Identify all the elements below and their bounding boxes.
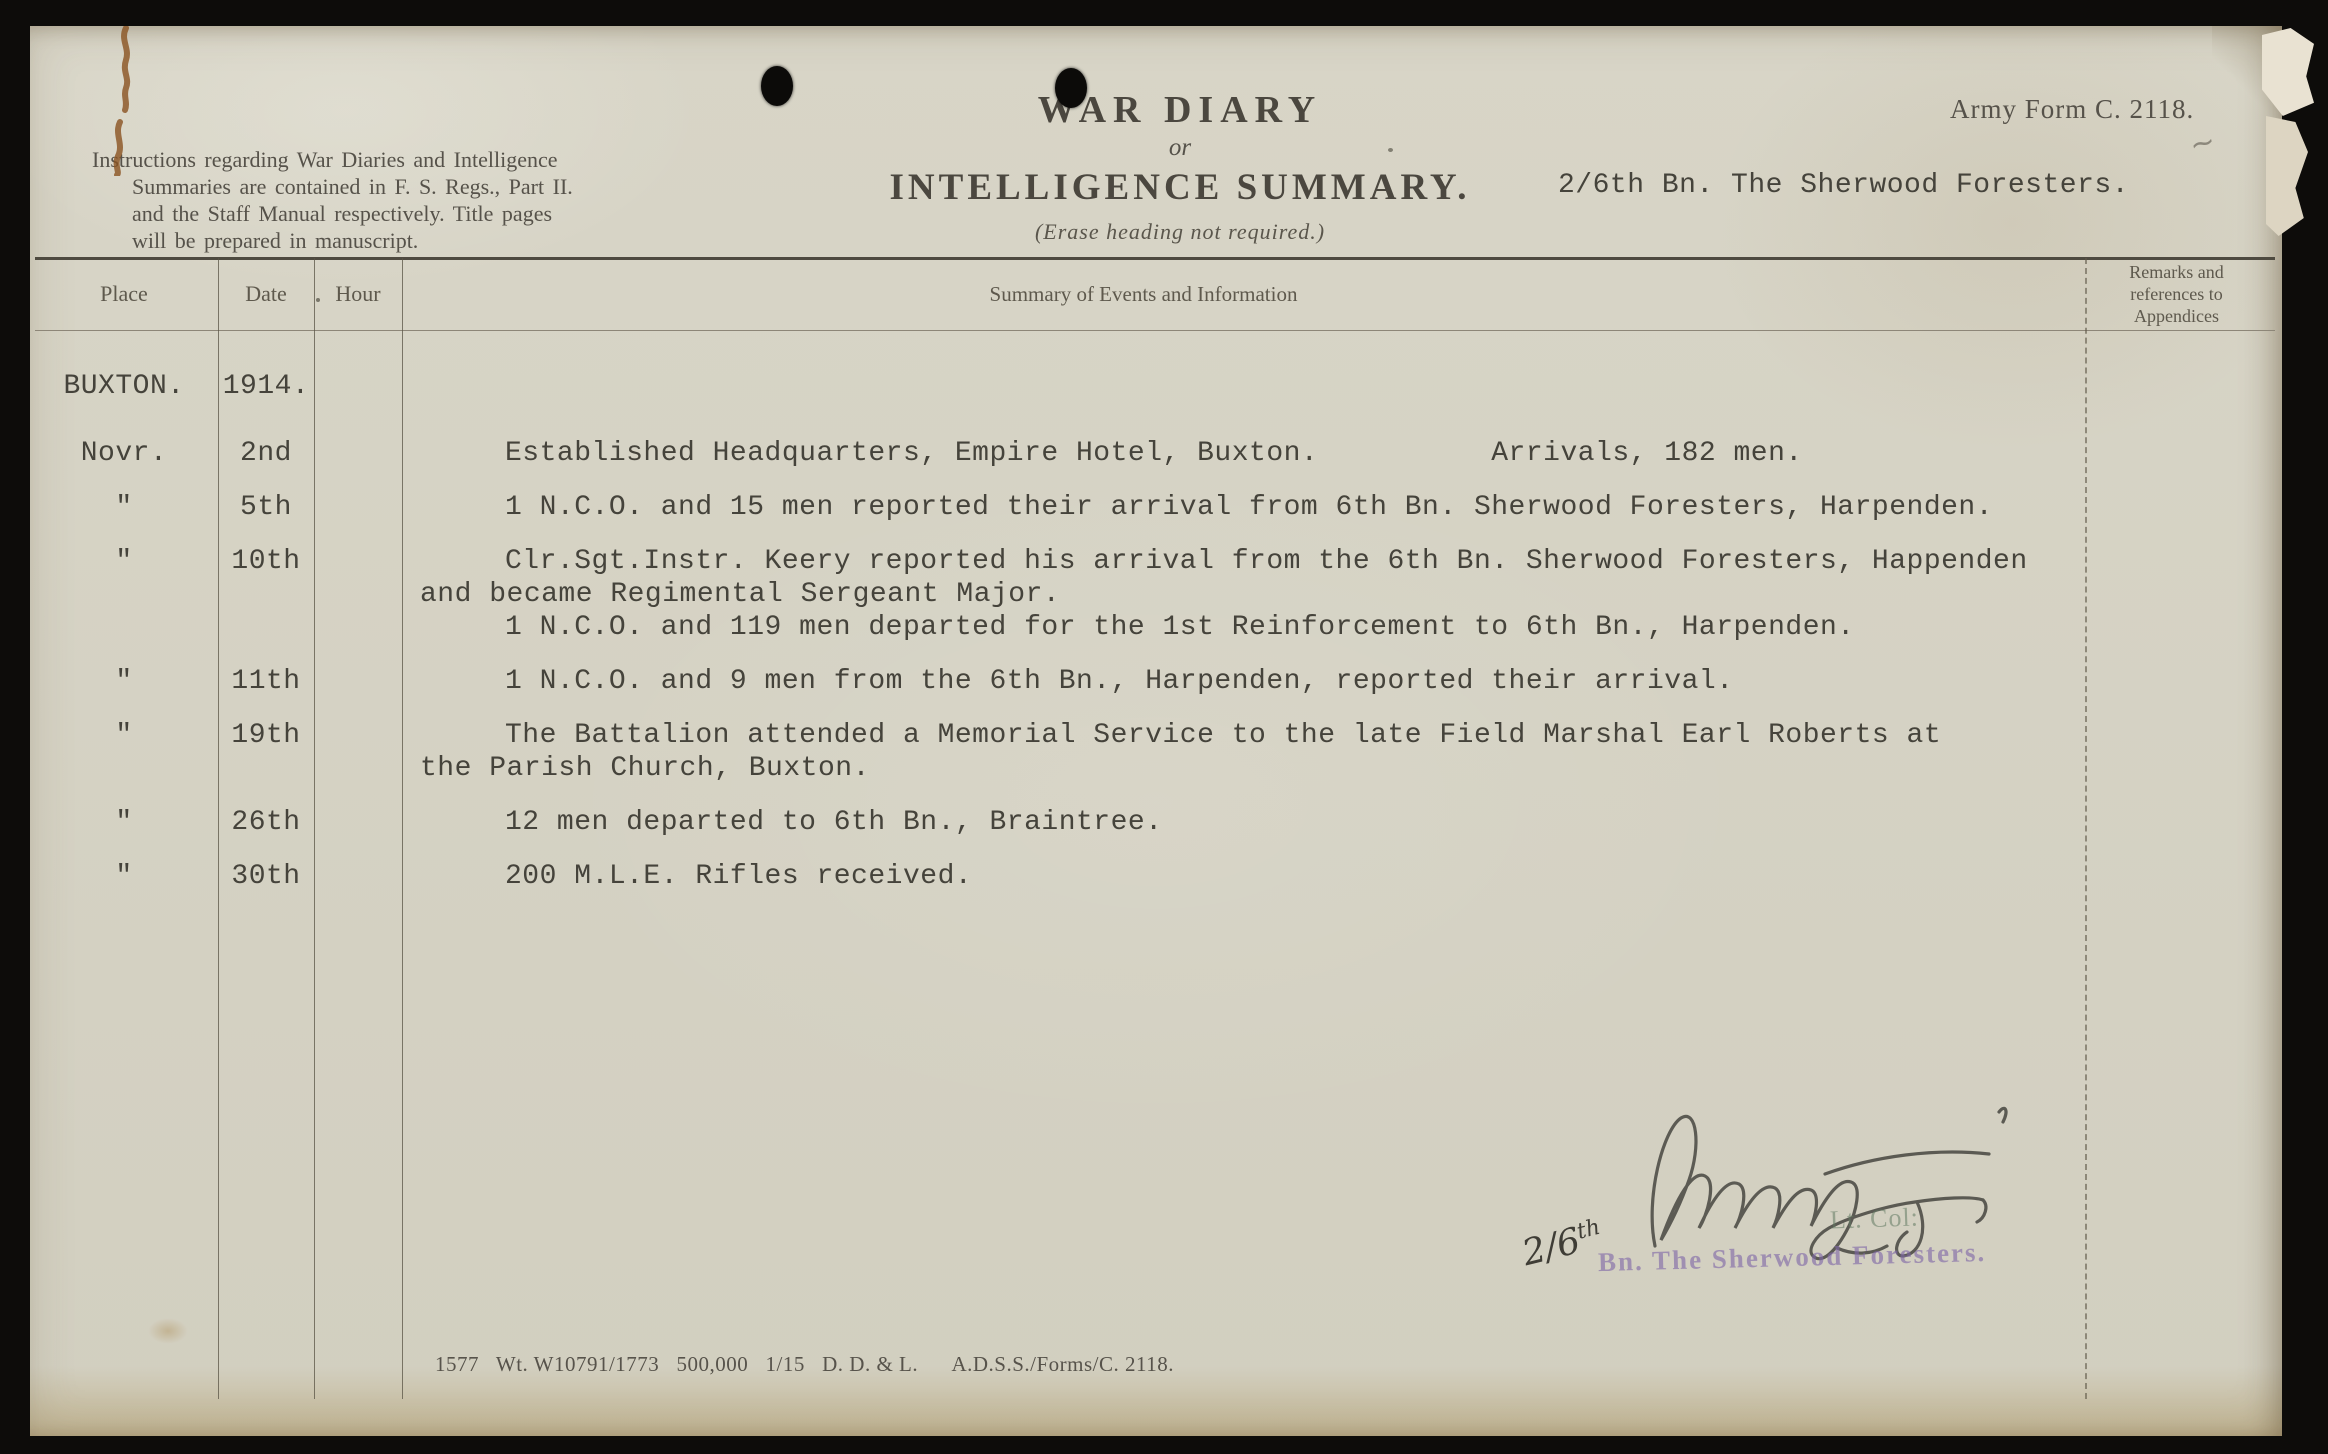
- handwritten-prefix-main: 2/6: [1518, 1220, 1584, 1274]
- diary-row: Novr.2ndEstablished Headquarters, Empire…: [30, 437, 2268, 470]
- summary-line: The Battalion attended a Memorial Servic…: [420, 719, 2085, 752]
- remarks-cell: [2085, 719, 2268, 785]
- form-title-block: WAR DIARY or INTELLIGENCE SUMMARY. (Eras…: [870, 88, 1490, 245]
- printers-imprint: 1577 Wt. W10791/1773 500,000 1/15 D. D. …: [435, 1352, 1174, 1377]
- diary-row: "19thThe Battalion attended a Memorial S…: [30, 719, 2268, 785]
- ink-stain: [90, 26, 150, 176]
- summary-line: Established Headquarters, Empire Hotel, …: [420, 437, 2085, 470]
- summary-line: 1 N.C.O. and 9 men from the 6th Bn., Har…: [420, 665, 2085, 698]
- remarks-cell: [2085, 491, 2268, 524]
- diary-row: "30th200 M.L.E. Rifles received.: [30, 860, 2268, 893]
- date-cell: 1914.: [218, 370, 314, 403]
- summary-cell: 12 men departed to 6th Bn., Braintree.: [402, 806, 2085, 839]
- hour-cell: [314, 545, 402, 644]
- place-cell: ": [30, 545, 218, 644]
- header-place: Place: [30, 258, 218, 330]
- diary-row: "26th12 men departed to 6th Bn., Braintr…: [30, 806, 2268, 839]
- summary-cell: 1 N.C.O. and 15 men reported their arriv…: [402, 491, 2085, 524]
- summary-cell: [402, 370, 2085, 403]
- place-cell: ": [30, 719, 218, 785]
- rank-stamp: Lt. Col:: [1830, 1202, 1920, 1235]
- paper-stain: [148, 1318, 188, 1344]
- form-title-war-diary: WAR DIARY: [870, 88, 1490, 132]
- pencil-mark: ∼: [2186, 123, 2219, 163]
- summary-line: 1 N.C.O. and 119 men departed for the 1s…: [420, 611, 2085, 644]
- form-title-intelligence-summary: INTELLIGENCE SUMMARY.: [870, 166, 1490, 209]
- summary-line: 12 men departed to 6th Bn., Braintree.: [420, 806, 2085, 839]
- place-cell: BUXTON.: [30, 370, 218, 403]
- hour-cell: [314, 806, 402, 839]
- diary-rows: BUXTON.1914.Novr.2ndEstablished Headquar…: [30, 370, 2268, 914]
- summary-cell: 200 M.L.E. Rifles received.: [402, 860, 2085, 893]
- punch-hole-right: [1055, 68, 1087, 108]
- speck: [1388, 148, 1393, 152]
- remarks-cell: [2085, 545, 2268, 644]
- place-cell: Novr.: [30, 437, 218, 470]
- header-hour: Hour: [314, 258, 402, 330]
- remarks-cell: [2085, 860, 2268, 893]
- hour-cell: [314, 437, 402, 470]
- remarks-cell: [2085, 370, 2268, 403]
- date-cell: 11th: [218, 665, 314, 698]
- summary-cell: 1 N.C.O. and 9 men from the 6th Bn., Har…: [402, 665, 2085, 698]
- torn-edge-piece: [2266, 116, 2308, 236]
- place-cell: ": [30, 665, 218, 698]
- summary-cell: Clr.Sgt.Instr. Keery reported his arriva…: [402, 545, 2085, 644]
- place-cell: ": [30, 491, 218, 524]
- diary-row: BUXTON.1914.: [30, 370, 2268, 403]
- date-cell: 30th: [218, 860, 314, 893]
- summary-line: Clr.Sgt.Instr. Keery reported his arriva…: [420, 545, 2085, 578]
- place-cell: ": [30, 806, 218, 839]
- hour-cell: [314, 719, 402, 785]
- summary-cell: Established Headquarters, Empire Hotel, …: [402, 437, 2085, 470]
- date-cell: 5th: [218, 491, 314, 524]
- date-cell: 2nd: [218, 437, 314, 470]
- date-cell: 26th: [218, 806, 314, 839]
- army-form-number: Army Form C. 2118.: [1950, 94, 2194, 125]
- header-date: Date: [218, 258, 314, 330]
- date-cell: 19th: [218, 719, 314, 785]
- scanned-war-diary-page: Instructions regarding War Diaries and I…: [30, 26, 2282, 1436]
- form-title-or: or: [870, 134, 1490, 162]
- hour-cell: [314, 860, 402, 893]
- form-title-erase-note: (Erase heading not required.): [870, 219, 1490, 245]
- header-summary-label: Summary of Events and Information: [990, 282, 1298, 307]
- diary-row: "10thClr.Sgt.Instr. Keery reported his a…: [30, 545, 2268, 644]
- table-header-row: Place Date Hour Summary of Events and In…: [30, 258, 2268, 330]
- unit-name-typed: 2/6th Bn. The Sherwood Foresters.: [1558, 170, 2129, 201]
- summary-line: 200 M.L.E. Rifles received.: [420, 860, 2085, 893]
- diary-row: "5th1 N.C.O. and 15 men reported their a…: [30, 491, 2268, 524]
- summary-cell: The Battalion attended a Memorial Servic…: [402, 719, 2085, 785]
- summary-line: 1 N.C.O. and 15 men reported their arriv…: [420, 491, 2085, 524]
- hour-cell: [314, 491, 402, 524]
- table-header-rule: [35, 330, 2275, 331]
- summary-line: the Parish Church, Buxton.: [420, 752, 2085, 785]
- place-cell: ": [30, 860, 218, 893]
- speck: [316, 298, 320, 302]
- remarks-cell: [2085, 665, 2268, 698]
- punch-hole-left: [761, 66, 793, 106]
- hour-cell: [314, 665, 402, 698]
- form-instructions: Instructions regarding War Diaries and I…: [92, 146, 712, 254]
- date-cell: 10th: [218, 545, 314, 644]
- summary-line: and became Regimental Sergeant Major.: [420, 578, 2085, 611]
- header-remarks: Remarks and references to Appendices: [2085, 258, 2268, 330]
- header-summary: Summary of Events and Information: [402, 258, 2085, 330]
- diary-row: "11th1 N.C.O. and 9 men from the 6th Bn.…: [30, 665, 2268, 698]
- hour-cell: [314, 370, 402, 403]
- remarks-cell: [2085, 437, 2268, 470]
- remarks-cell: [2085, 806, 2268, 839]
